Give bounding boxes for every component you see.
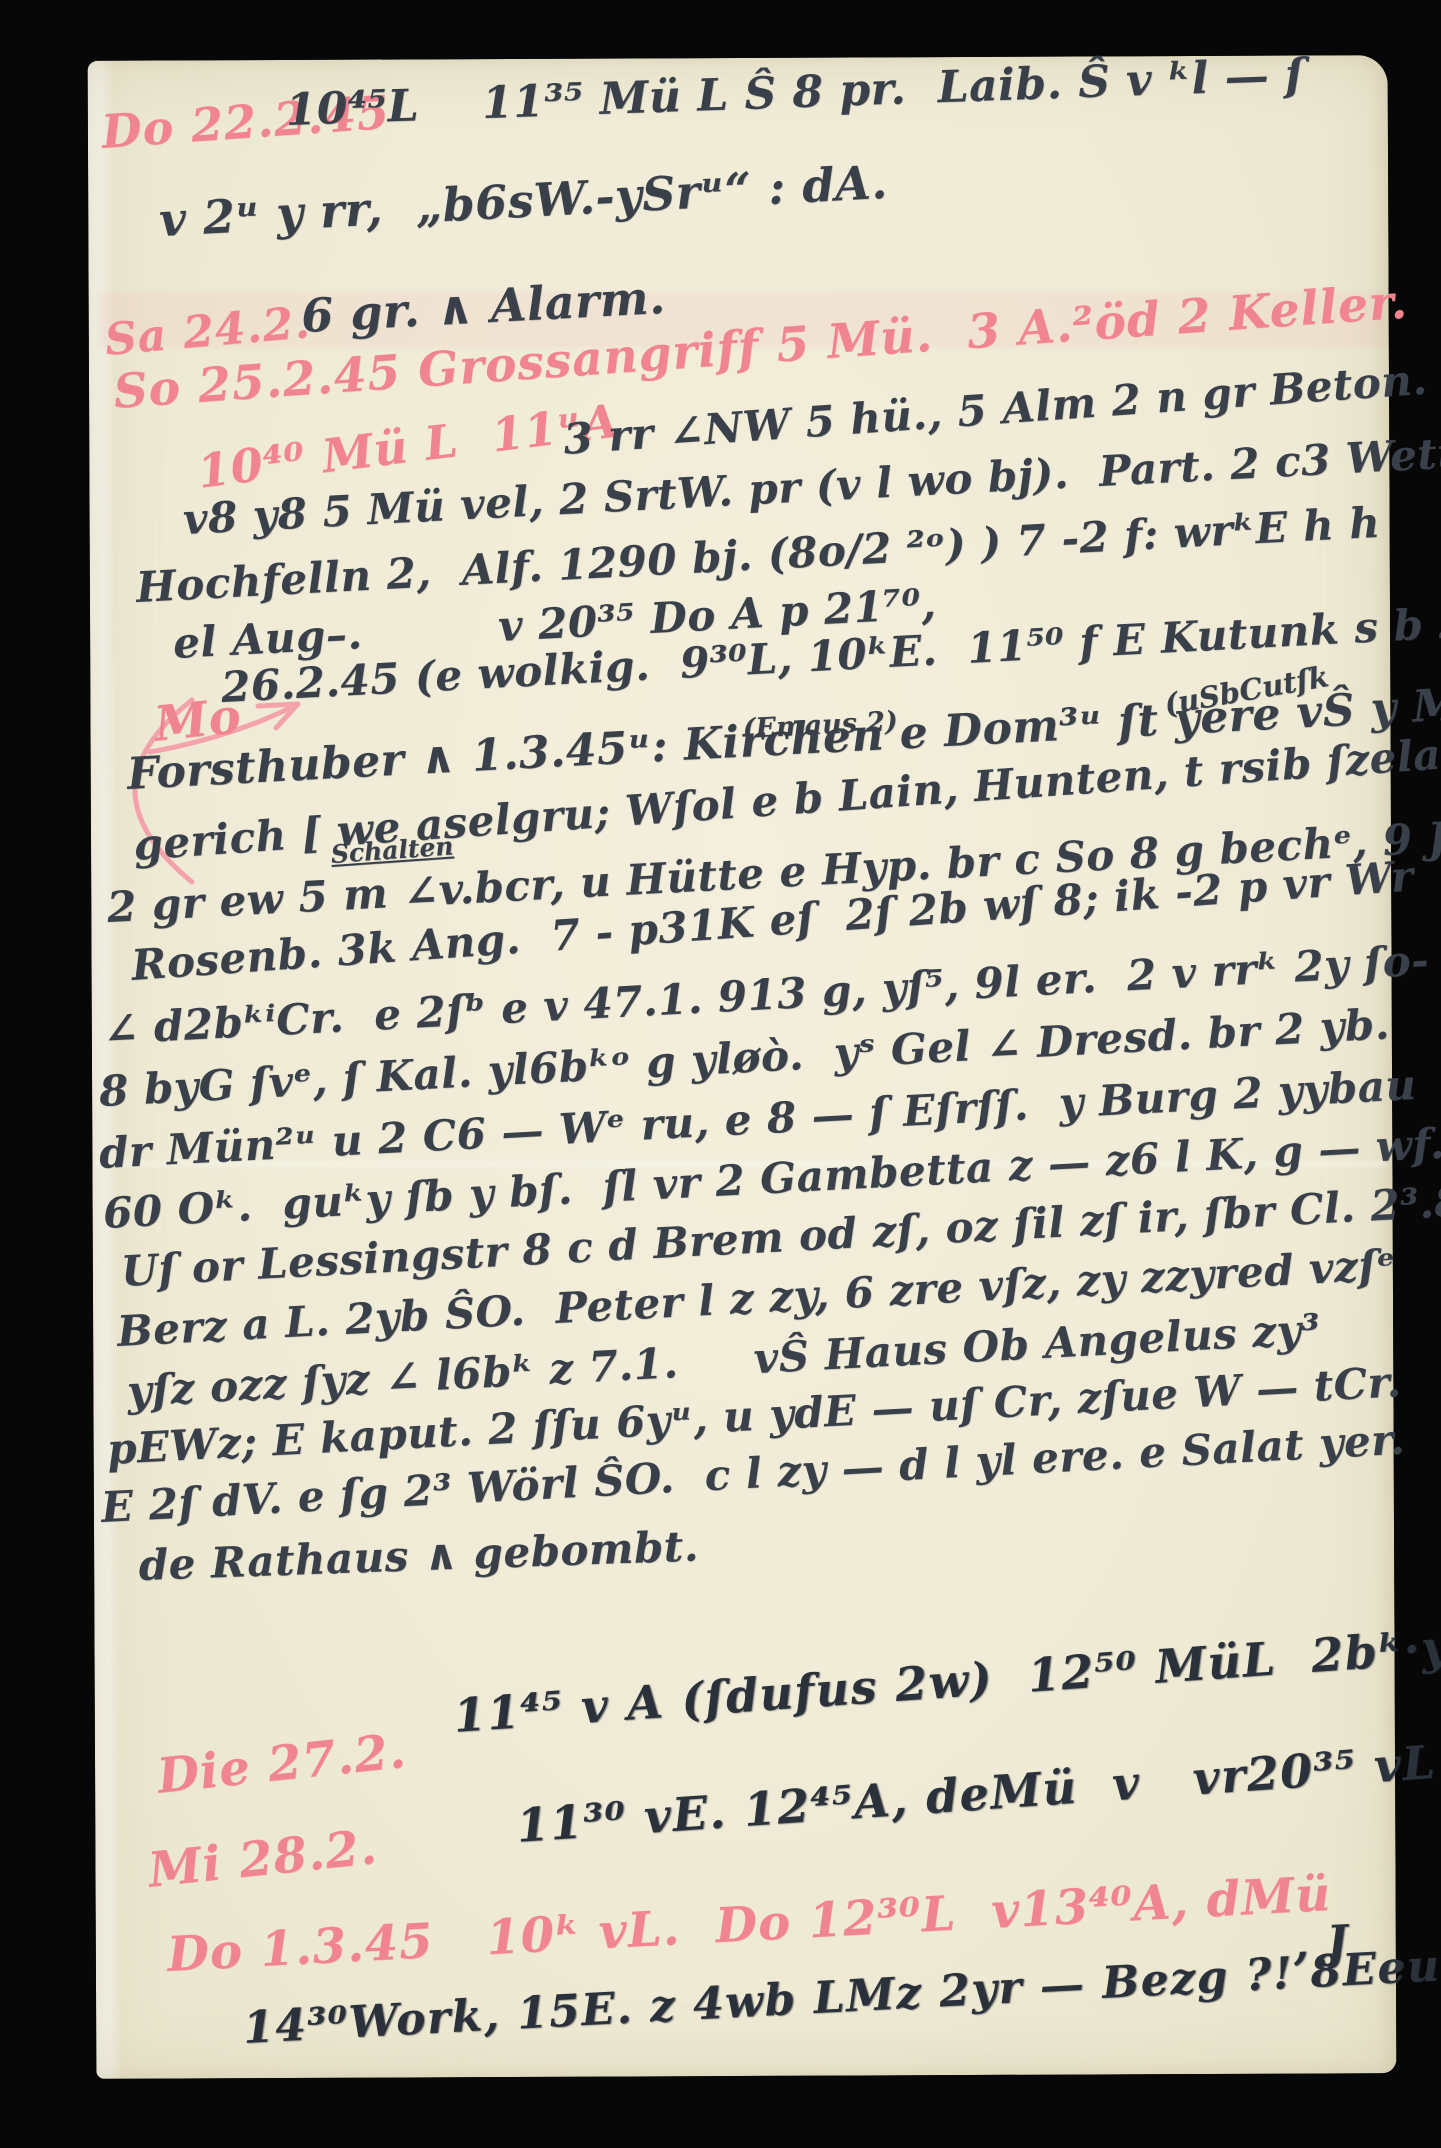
- scanned-diary-page: Do 22.2.45 10⁴⁵L 11³⁵ Mü L Ŝ 8 pr. Laib.…: [0, 0, 1441, 2148]
